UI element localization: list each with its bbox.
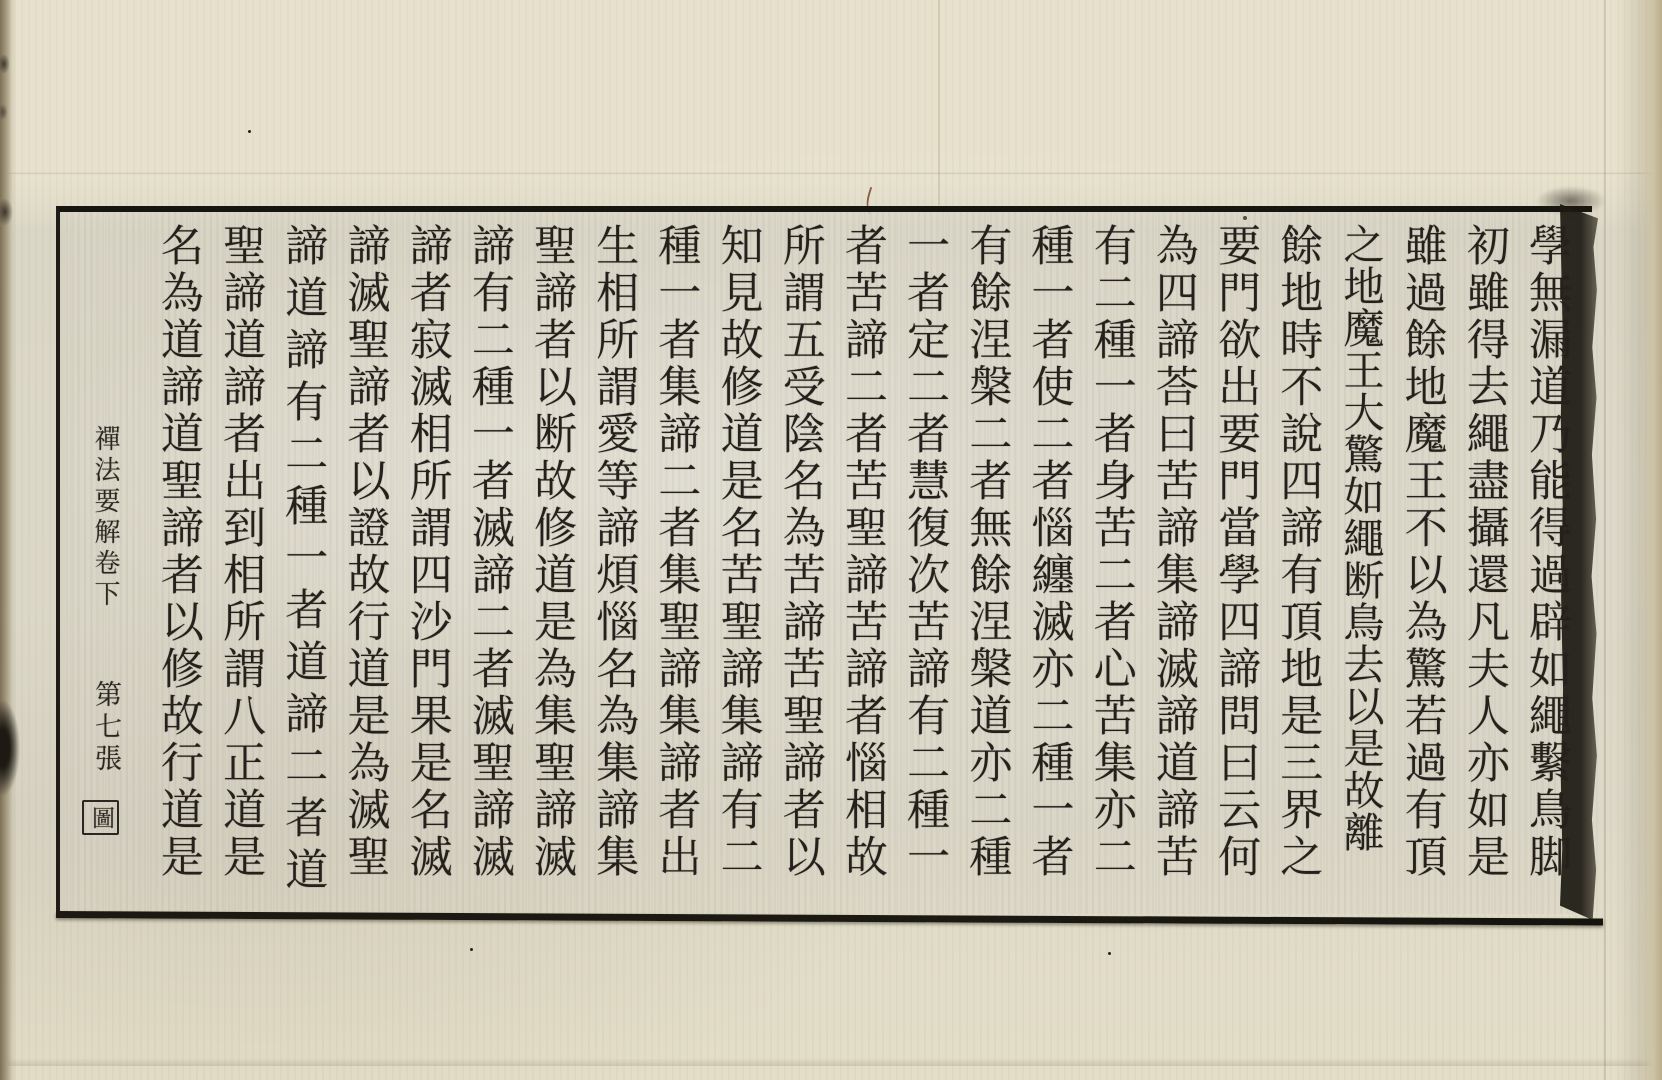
text-column: 種一者集諦二者集聖諦集諦者出	[645, 223, 707, 905]
ink-speck	[1108, 952, 1111, 955]
left-edge-ink-blob	[0, 700, 20, 796]
bottom-edge-shading	[0, 1058, 1662, 1066]
text-column: 一者定二者慧復次苦諦有二種一	[894, 223, 956, 905]
collation-mark: 圖	[82, 800, 119, 835]
text-column: 諦者寂滅相所謂四沙門果是名滅	[396, 223, 458, 905]
text-column: 學無漏道乃能得過辟如繩繫鳥脚	[1516, 223, 1578, 905]
text-column: 生相所謂愛等諦煩惱名為集諦集	[583, 223, 645, 905]
text-columns: 學無漏道乃能得過辟如繩繫鳥脚 初雖得去繩盡攝還凡夫人亦如是 雖過餘地魔王不以為驚…	[60, 212, 1592, 914]
ink-speck	[248, 130, 251, 133]
text-column: 為四諦荅曰苦諦集諦滅諦道諦苦	[1143, 223, 1205, 905]
colophon-title: 禪法要解卷下	[82, 425, 128, 611]
text-column: 所謂五受陰名為苦諦苦聖諦者以	[770, 223, 832, 905]
text-column: 知見故修道是名苦聖諦集諦有二	[707, 223, 769, 905]
text-column: 者苦諦二者苦聖諦苦諦者惱相故	[832, 223, 894, 905]
text-column: 要門欲出要門當學四諦問曰云何	[1205, 223, 1267, 905]
text-column: 之地魔王大驚如繩断鳥去以是故離	[1329, 223, 1391, 905]
text-column: 聖諦者以断故修道是為集聖諦滅	[521, 223, 583, 905]
page-right-edge	[1616, 0, 1662, 1080]
text-column: 雖過餘地魔王不以為驚若過有頂	[1391, 223, 1453, 905]
vertical-crease	[938, 0, 940, 205]
horizontal-crease	[0, 172, 1662, 175]
text-column: 名為道諦道聖諦者以修故行道是	[148, 223, 210, 905]
ink-speck	[470, 948, 473, 951]
text-column: 諦有二種一者滅諦二者滅聖諦滅	[459, 223, 521, 905]
text-column: 有二種一者身苦二者心苦集亦二	[1081, 223, 1143, 905]
text-column: 餘地時不說四諦有頂地是三界之	[1267, 223, 1329, 905]
text-column: 諦道諦有二種一者道諦二者道	[272, 223, 334, 905]
text-column: 聖諦道諦者出到相所謂八正道是	[210, 223, 272, 905]
sheet-number-label: 第七張	[82, 680, 128, 776]
colophon-column: 禪法要解卷下 第七張 圖	[82, 212, 128, 914]
top-left-ink-marks	[0, 52, 14, 242]
text-column: 有餘涅槃二者無餘涅槃道亦二種	[956, 223, 1018, 905]
text-column: 諦滅聖諦者以證故行道是為滅聖	[334, 223, 396, 905]
text-column: 種一者使二者惱纏滅亦二種一者	[1018, 223, 1080, 905]
page-scan: 學無漏道乃能得過辟如繩繫鳥脚 初雖得去繩盡攝還凡夫人亦如是 雖過餘地魔王不以為驚…	[0, 0, 1662, 1080]
printed-text-block: 學無漏道乃能得過辟如繩繫鳥脚 初雖得去繩盡攝還凡夫人亦如是 雖過餘地魔王不以為驚…	[56, 206, 1592, 914]
text-column: 初雖得去繩盡攝還凡夫人亦如是	[1454, 223, 1516, 905]
right-fold-line	[1604, 0, 1606, 1080]
